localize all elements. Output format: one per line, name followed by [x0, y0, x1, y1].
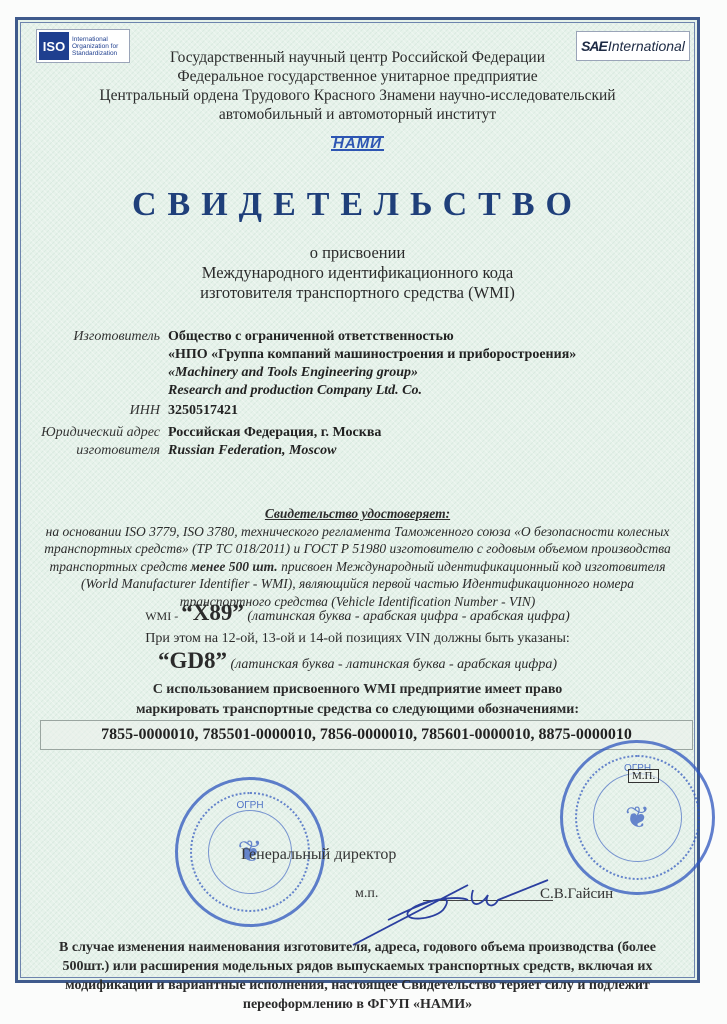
handwritten-signature-icon — [348, 860, 568, 950]
inn-value: 3250517421 — [168, 402, 238, 420]
vehicle-designations: 7855-0000010, 785501-0000010, 7856-00000… — [40, 720, 693, 750]
eagle-emblem-icon: ❦ — [625, 800, 650, 835]
issuer-header: Государственный научный центр Российской… — [18, 48, 697, 124]
signer-name: С.В.Гайсин — [540, 886, 613, 903]
vin-code: “GD8” — [158, 648, 227, 673]
certificate-title: СВИДЕТЕЛЬСТВО — [18, 186, 697, 224]
mp-box: М.П. — [628, 769, 659, 783]
official-stamp-right: ОГРН ❦ — [560, 740, 715, 895]
certifies-section: Свидетельство удостоверяет: на основании… — [18, 505, 697, 610]
wmi-section: WMI - “X89” (латинская буква - арабская … — [18, 602, 697, 676]
address-label: Юридический адрес — [18, 424, 168, 442]
certificate-frame: ISO International Organization for Stand… — [15, 17, 700, 983]
wmi-code: “X89” — [181, 600, 244, 625]
certifies-heading: Свидетельство удостоверяет: — [38, 505, 677, 523]
inn-label: ИНН — [18, 402, 168, 420]
certifies-text: на основании ISO 3779, ISO 3780, техниче… — [38, 523, 677, 611]
certificate-subtitle: о присвоении Международного идентификаци… — [18, 243, 697, 303]
address-ru: Российская Федерация, г. Москва — [168, 424, 381, 442]
manufacturer-info: ИзготовительОбщество с ограниченной отве… — [18, 328, 698, 460]
manufacturer-label: Изготовитель — [18, 328, 168, 346]
nami-logo: НАМИ — [18, 135, 697, 152]
footer-notice: В случае изменения наименования изготови… — [18, 938, 697, 1014]
address-en: Russian Federation, Moscow — [168, 442, 336, 460]
rights-text: С использованием присвоенного WMI предпр… — [18, 680, 697, 720]
